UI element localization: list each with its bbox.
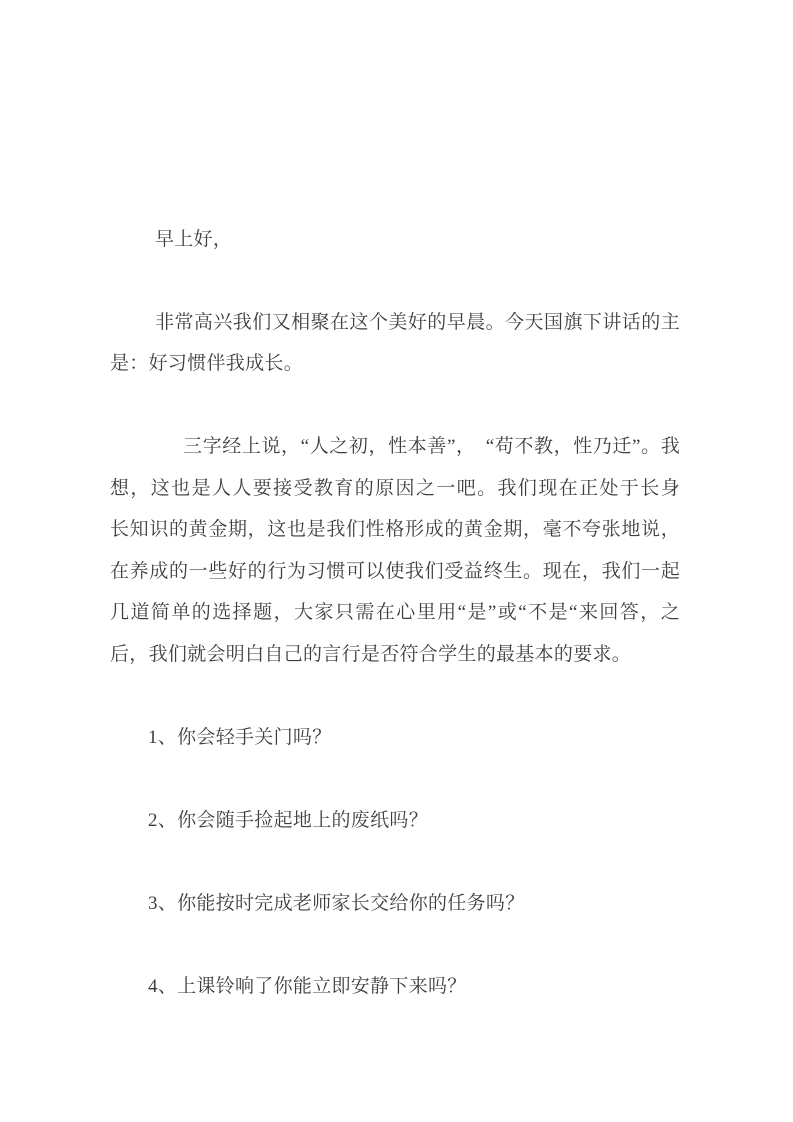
question-line: 2、你会随手捡起地上的废纸吗？ [110,800,680,842]
question-line: 3、你能按时完成老师家长交给你的任务吗？ [110,883,680,925]
text-line: 非常高兴我们又相聚在这个美好的早晨。今天国旗下讲话的主题 [110,302,680,344]
question-line: 1、你会轻手关门吗？ [110,717,680,759]
text-line: 后，我们就会明白自己的言行是否符合学生的最基本的要求。 [110,634,680,676]
text-line: 是：好习惯伴我成长。 [110,343,680,385]
text-line: 想，这也是人人要接受教育的原因之一吧。我们现在正处于长身体， [110,468,680,510]
text-line: 几道简单的选择题，大家只需在心里用“是”或“不是“来回答，之 [110,592,680,634]
text-line: 在养成的一些好的行为习惯可以使我们受益终生。现在，我们一起做 [110,551,680,593]
document-page: 早上好， 非常高兴我们又相聚在这个美好的早晨。今天国旗下讲话的主题 是：好习惯伴… [0,0,793,1122]
document-text: 早上好， 非常高兴我们又相聚在这个美好的早晨。今天国旗下讲话的主题 是：好习惯伴… [110,177,680,1026]
text-line: 早上好， [110,219,680,261]
question-line: 4、上课铃响了你能立即安静下来吗？ [110,966,680,1008]
text-line: 三字经上说，“人之初，性本善”， “苟不教，性乃迁”。我 [110,426,680,468]
text-line: 长知识的黄金期，这也是我们性格形成的黄金期，毫不夸张地说，现 [110,509,680,551]
